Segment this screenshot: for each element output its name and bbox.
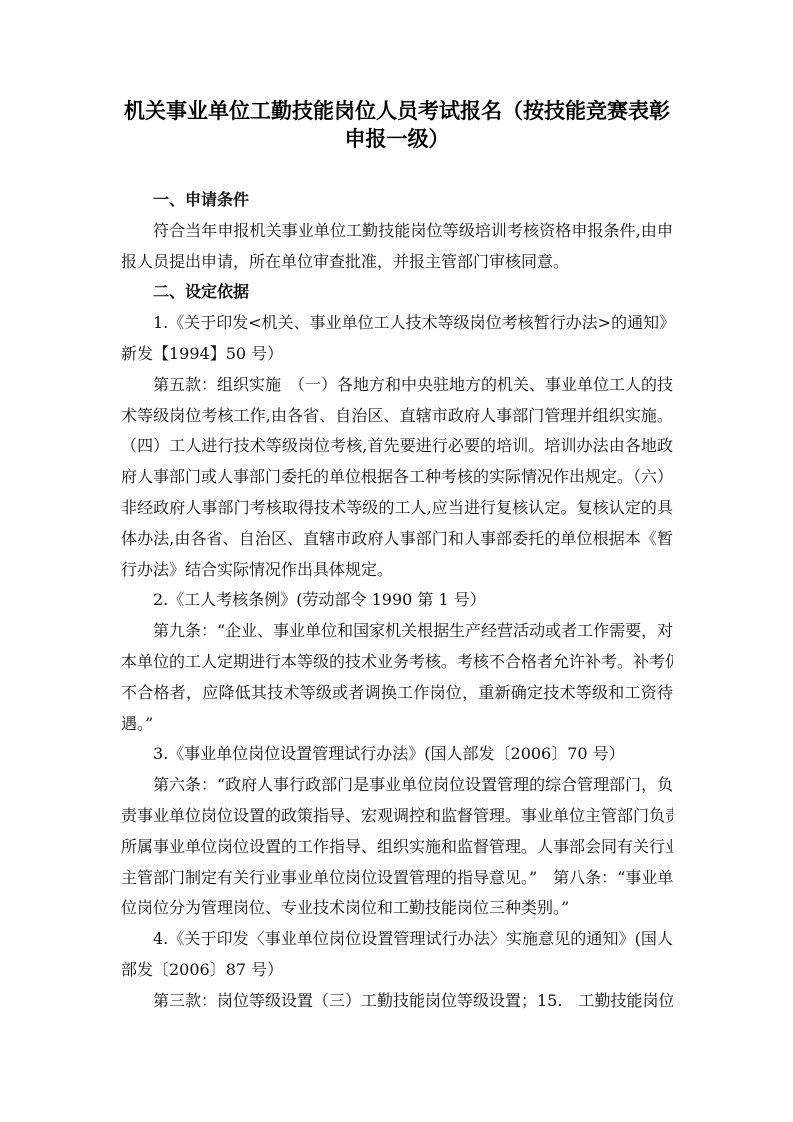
- paragraph-line: 报人员提出申请，所在单位审查批准，并报主管部门审核同意。: [121, 247, 673, 278]
- paragraph-line: 行办法》结合实际情况作出具体规定。: [121, 555, 673, 586]
- paragraph-line: 府人事部门或人事部门委托的单位根据各工种考核的实际情况作出规定。（六）: [121, 462, 673, 493]
- paragraph-line: （四）工人进行技术等级岗位考核,首先要进行必要的培训。培训办法由各地政: [121, 431, 673, 462]
- paragraph-line: 1.《关于印发<机关、事业单位工人技术等级岗位考核暂行办法>的通知》(人: [121, 308, 673, 339]
- section-heading: 二、设定依据: [121, 277, 673, 308]
- clause-paragraph: 第五款：组织实施 （一）各地方和中央驻地方的机关、事业单位工人的技 术等级岗位考…: [121, 370, 673, 586]
- reference-item-4: 4.《关于印发〈事业单位岗位设置管理试行办法〉实施意见的通知》(国人 部发〔20…: [121, 924, 673, 986]
- paragraph: 符合当年申报机关事业单位工勤技能岗位等级培训考核资格申报条件,由申 报人员提出申…: [121, 216, 673, 278]
- paragraph-line: 体办法,由各省、自治区、直辖市政府人事部门和人事部委托的单位根据本《暂: [121, 524, 673, 555]
- clause-paragraph: 第九条：“企业、事业单位和国家机关根据生产经营活动或者工作需要，对 本单位的工人…: [121, 616, 673, 739]
- title-line-2: 申报一级）: [121, 125, 673, 153]
- section-application-conditions: 一、申请条件 符合当年申报机关事业单位工勤技能岗位等级培训考核资格申报条件,由申…: [121, 185, 673, 277]
- paragraph-line: 新发【1994】50 号）: [121, 339, 673, 370]
- reference-item-1: 1.《关于印发<机关、事业单位工人技术等级岗位考核暂行办法>的通知》(人 新发【…: [121, 308, 673, 370]
- document-title: 机关事业单位工勤技能岗位人员考试报名（按技能竞赛表彰 申报一级）: [121, 97, 673, 153]
- reference-item-2: 2.《工人考核条例》(劳动部令 1990 第 1 号）: [121, 585, 673, 616]
- paragraph-line: 3.《事业单位岗位设置管理试行办法》(国人部发〔2006〕70 号）: [121, 739, 673, 770]
- document-body: 一、申请条件 符合当年申报机关事业单位工勤技能岗位等级培训考核资格申报条件,由申…: [121, 185, 673, 1017]
- paragraph-line: 所属事业单位岗位设置的工作指导、组织实施和监督管理。人事部会同有关行业: [121, 832, 673, 863]
- paragraph-line: 术等级岗位考核工作,由各省、自治区、直辖市政府人事部门管理并组织实施。: [121, 401, 673, 432]
- paragraph-line: 主管部门制定有关行业事业单位岗位设置管理的指导意见。” 第八条：“事业单: [121, 863, 673, 894]
- section-heading: 一、申请条件: [121, 185, 673, 216]
- paragraph-line: 本单位的工人定期进行本等级的技术业务考核。考核不合格者允许补考。补考仍: [121, 647, 673, 678]
- clause-paragraph: 第六条：“政府人事行政部门是事业单位岗位设置管理的综合管理部门，负 责事业单位岗…: [121, 770, 673, 924]
- paragraph-line: 第九条：“企业、事业单位和国家机关根据生产经营活动或者工作需要，对: [121, 616, 673, 647]
- paragraph-line: 符合当年申报机关事业单位工勤技能岗位等级培训考核资格申报条件,由申: [121, 216, 673, 247]
- paragraph-line: 第三款：岗位等级设置（三）工勤技能岗位等级设置；15. 工勤技能岗位的: [121, 986, 673, 1017]
- paragraph-line: 位岗位分为管理岗位、专业技术岗位和工勤技能岗位三种类别。”: [121, 893, 673, 924]
- paragraph-line: 遇。”: [121, 709, 673, 740]
- paragraph-line: 部发〔2006〕87 号）: [121, 955, 673, 986]
- paragraph-line: 2.《工人考核条例》(劳动部令 1990 第 1 号）: [121, 585, 673, 616]
- document-page: 机关事业单位工勤技能岗位人员考试报名（按技能竞赛表彰 申报一级） 一、申请条件 …: [0, 0, 793, 1122]
- section-legal-basis: 二、设定依据 1.《关于印发<机关、事业单位工人技术等级岗位考核暂行办法>的通知…: [121, 277, 673, 1016]
- paragraph-line: 不合格者，应降低其技术等级或者调换工作岗位，重新确定技术等级和工资待: [121, 678, 673, 709]
- clause-paragraph: 第三款：岗位等级设置（三）工勤技能岗位等级设置；15. 工勤技能岗位的: [121, 986, 673, 1017]
- paragraph-line: 第六条：“政府人事行政部门是事业单位岗位设置管理的综合管理部门，负: [121, 770, 673, 801]
- paragraph-line: 责事业单位岗位设置的政策指导、宏观调控和监督管理。事业单位主管部门负责: [121, 801, 673, 832]
- paragraph-line: 第五款：组织实施 （一）各地方和中央驻地方的机关、事业单位工人的技: [121, 370, 673, 401]
- paragraph-line: 4.《关于印发〈事业单位岗位设置管理试行办法〉实施意见的通知》(国人: [121, 924, 673, 955]
- paragraph-line: 非经政府人事部门考核取得技术等级的工人,应当进行复核认定。复核认定的具: [121, 493, 673, 524]
- reference-item-3: 3.《事业单位岗位设置管理试行办法》(国人部发〔2006〕70 号）: [121, 739, 673, 770]
- title-line-1: 机关事业单位工勤技能岗位人员考试报名（按技能竞赛表彰: [121, 97, 673, 125]
